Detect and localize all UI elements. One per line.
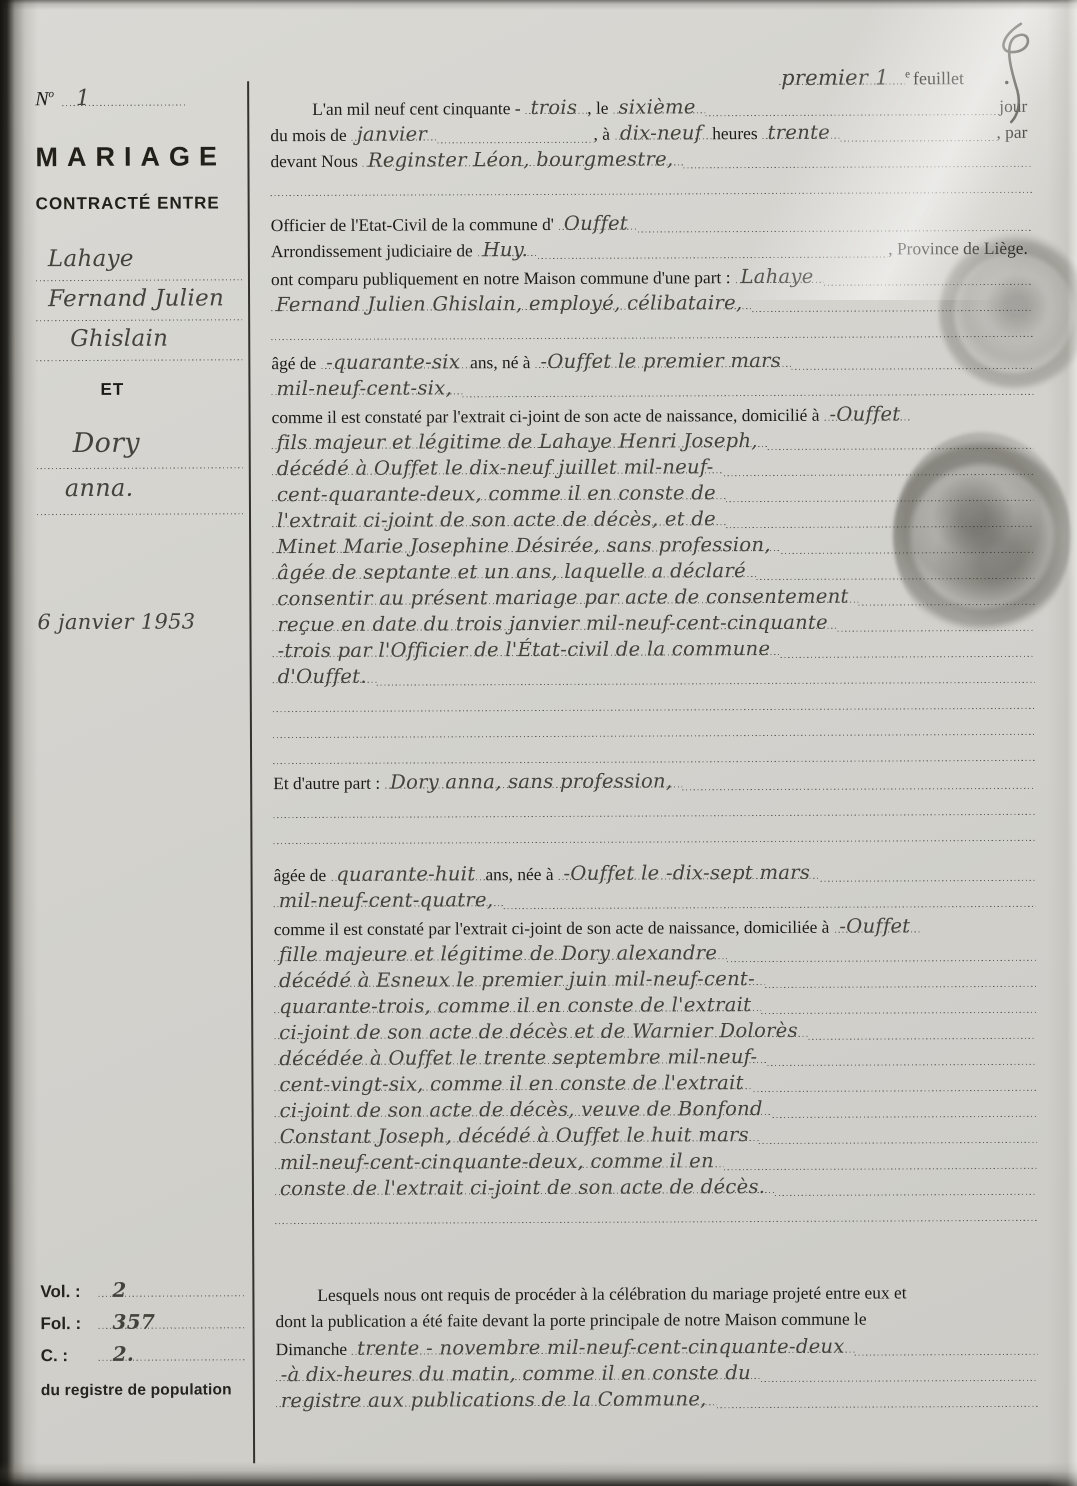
paragraph-groom-age: âgé de-quarante-sixans, né à-Ouffet le p… [271,348,1033,403]
form-line: âgé de-quarante-sixans, né à-Ouffet le p… [271,348,1033,377]
printed-text: ans, né à [470,352,535,373]
form-line [271,316,1033,345]
form-line [275,1200,1037,1229]
paragraph-bride-age: âgée dequarante-huitans, née à-Ouffet le… [274,860,1036,915]
dotted-leader [683,146,1032,174]
dotted-leader [273,794,1035,823]
form-line: décédée à Ouffet le trente septembre mil… [274,1044,1036,1073]
form-line: L'an mil neuf cent cinquante -trois, les… [270,94,1032,123]
scan-tilt-wrapper: premier 1 e feuillet . No 1 MARIAGE CONT… [0,0,1077,1486]
dotted-leader [717,1386,1038,1413]
sidebar: No 1 MARIAGE CONTRACTÉ ENTRE LahayeFerna… [35,81,247,1442]
form-line: -trois par l'Officier de l'État-civil de… [273,636,1035,665]
dotted-leader [727,940,1036,967]
handwritten-text: trente - novembre mil-neuf-cent-cinquant… [352,1335,855,1360]
printed-text: comme il est constaté par l'extrait ci-j… [272,405,825,428]
dotted-leader [824,264,1033,291]
handwritten-text: -trois par l'Officier de l'État-civil de… [273,637,781,662]
handwritten-text: mil-neuf-cent-cinquante-deux, comme il e… [275,1149,724,1174]
registry-label: C. : [41,1346,99,1366]
handwritten-text: âgée de septante et un ans, laquelle a d… [272,559,756,584]
dotted-leader [271,172,1033,201]
registry-value: 357 [98,1309,246,1334]
printed-text: comme il est constaté par l'extrait ci-j… [274,917,835,940]
form-line: l'extrait ci-joint de son acte de décès,… [272,506,1034,535]
form-line: Et d'autre part :Dory anna, sans profess… [273,768,1035,797]
form-line: cent-quarante-deux, comme il en conste d… [272,480,1034,509]
handwritten-text: Lahaye [735,265,823,288]
dotted-leader [638,210,1033,238]
printed-text: , Province de Liège. [888,238,1033,260]
form-line: comme il est constaté par l'extrait ci-j… [274,914,1036,943]
dotted-leader [437,122,594,149]
spouse-name-line: Lahaye [36,245,242,286]
dotted-leader [273,714,1035,743]
printed-text: Dimanche [276,1339,353,1360]
handwritten-text: -Ouffet le premier mars [535,349,791,373]
form-line: fils majeur et légitime de Lahaye Henri … [272,428,1034,457]
dotted-leader [761,1360,1038,1387]
margin-rule [247,81,255,1463]
printed-text: L'an mil neuf cent cinquante - [312,98,525,120]
registry-row: Vol. :2 [40,1277,246,1310]
dotted-leader [726,506,1034,533]
form-line: dont la publication a été faite devant l… [275,1308,1037,1337]
dotted-leader [780,636,1034,663]
handwritten-text: ci-joint de son acte de décès et de Warn… [274,1019,808,1044]
paragraph-comparution: ont comparu publiquement en notre Maison… [271,264,1033,345]
dotted-leader [377,662,1035,691]
feuillet-superscript: e [905,68,913,80]
form-line: Constant Joseph, décédé à Ouffet le huit… [275,1122,1037,1151]
handwritten-text: consentir au présent mariage par acte de… [272,585,858,611]
handwritten-text: cent-quarante-deux, comme il en conste d… [272,481,726,506]
printed-text: dont la publication a été faite devant l… [275,1309,871,1333]
paragraph-opening: L'an mil neuf cent cinquante -trois, les… [270,94,1032,201]
dotted-leader [754,1070,1037,1097]
dotted-leader [706,94,1000,121]
handwritten-text: Fernand Julien Ghislain, employé, céliba… [271,291,752,316]
dotted-leader [768,428,1034,455]
handwritten-text: -quarante-six [321,350,470,374]
printed-text: Lesquels nous ont requis de procéder à l… [317,1282,911,1306]
act-number: No 1 [35,85,241,111]
handwritten-text: conste de l'extrait ci-joint de son acte… [275,1175,775,1200]
paragraph-bride-intro: Et d'autre part :Dory anna, sans profess… [273,768,1035,849]
handwritten-text: -Ouffet [834,914,920,937]
handwritten-text: -Ouffet [824,402,910,425]
registry-row: C. :2. [41,1341,247,1374]
dotted-leader [761,992,1036,1019]
paragraph-bride-filiation: comme il est constaté par l'extrait ci-j… [274,914,1037,1229]
printed-text: Arrondissement judiciaire de [271,240,478,262]
dotted-leader [808,1018,1037,1045]
form-line: mil-neuf-cent-six, [271,374,1033,403]
registry-label: Fol. : [40,1314,98,1334]
dotted-leader [726,480,1034,507]
printed-text: , le [587,98,613,119]
act-body: L'an mil neuf cent cinquante -trois, les… [270,94,1038,1415]
form-line: cent-vingt-six, comme il en conste de l'… [274,1070,1036,1099]
conjunction-label: ET [36,379,242,400]
form-line: mil-neuf-cent-quatre, [274,886,1036,915]
handwritten-text: fils majeur et légitime de Lahaye Henri … [272,429,768,454]
dotted-leader [781,532,1034,559]
form-line: décédé à Ouffet le dix-neuf juillet mil-… [272,454,1034,483]
act-number-ordinal: o [48,88,62,100]
form-line: comme il est constaté par l'extrait ci-j… [272,402,1034,431]
form-line: ci-joint de son acte de décès, veuve de … [275,1096,1037,1125]
printed-text: , par [996,122,1032,143]
spouse1-name-block: LahayeFernand JulienGhislain [36,245,243,366]
registry-value: 2 [98,1277,246,1302]
feuillet-handwritten: premier 1 [779,65,905,90]
form-line: -à dix-heures du matin, comme il en cons… [276,1360,1038,1389]
dotted-leader [273,740,1035,769]
form-line [273,688,1035,717]
form-line: quarante-trois, comme il en conste de l'… [274,992,1036,1021]
form-line: consentir au présent mariage par acte de… [272,584,1034,613]
spouse-name-line: Fernand Julien [36,285,242,326]
handwritten-text: Constant Joseph, décédé à Ouffet le huit… [275,1123,759,1148]
printed-text: Et d'autre part : [273,773,385,794]
printed-text: âgé de [271,353,321,374]
dotted-leader [462,374,1033,402]
form-line: fille majeure et légitime de Dory alexan… [274,940,1036,969]
document-title: MARIAGE [35,141,241,173]
registry-label: Vol. : [40,1282,98,1302]
form-line: Lesquels nous ont requis de procéder à l… [275,1282,1037,1311]
handwritten-text: Dory anna, sans profession, [385,769,682,793]
handwritten-text: Reginster Léon, bourgmestre, [363,147,684,171]
form-line: ont comparu publiquement en notre Maison… [271,264,1033,293]
dotted-leader [765,966,1036,993]
handwritten-text: trois [526,96,588,119]
handwritten-text: registre aux publications de la Commune, [276,1387,717,1412]
feuillet-period: . [964,64,1010,90]
dotted-leader [820,860,1035,887]
registry-row: Fol. :357 [40,1309,246,1342]
handwritten-text: dix-neuf [615,121,712,144]
handwritten-text: reçue en date du trois janvier mil-neuf-… [272,611,838,636]
dotted-leader [273,688,1035,717]
handwritten-text: d'Ouffet. [273,665,377,688]
handwritten-text: quarante-trois, comme il en conste de l'… [274,993,761,1018]
paragraph-officiant: Officier de l'Etat-Civil de la commune d… [271,210,1033,265]
document-page: premier 1 e feuillet . No 1 MARIAGE CONT… [0,0,1077,1486]
handwritten-text: mil-neuf-cent-six, [271,376,462,400]
handwritten-text: -Ouffet le -dix-sept mars [558,861,820,885]
form-line: Fernand Julien Ghislain, employé, céliba… [271,290,1033,319]
form-line: Dimanchetrente - novembre mil-neuf-cent-… [276,1334,1038,1363]
document-subtitle: CONTRACTÉ ENTRE [36,193,242,214]
printed-text: âgée de [274,865,332,886]
feuillet-header: premier 1 e feuillet . [779,64,1009,91]
handwritten-text: cent-vingt-six, comme il en conste de l'… [274,1071,753,1096]
feuillet-word: feuillet [913,68,964,89]
dotted-leader [773,1096,1037,1123]
form-line: du mois dejanvier, àdix-neufheurestrente… [270,120,1032,149]
dotted-leader [838,610,1035,637]
handwritten-text: quarante-huit [331,862,485,886]
form-line: conste de l'extrait ci-joint de son acte… [275,1174,1037,1203]
dotted-leader [756,558,1034,585]
form-line: reçue en date du trois janvier mil-neuf-… [272,610,1034,639]
printed-text: ans, née à [485,864,558,885]
act-number-value: 1 [62,86,186,112]
registry-block: Vol. :2Fol. :357C. :2.du registre de pop… [40,1277,247,1400]
form-line: registre aux publications de la Commune, [276,1386,1038,1415]
handwritten-text: l'extrait ci-joint de son acte de décès,… [272,507,726,532]
dotted-leader [775,1174,1037,1201]
dotted-leader [538,236,888,264]
form-line: décédé à Esneux le premier juin mil-neuf… [274,966,1036,995]
dotted-leader [791,348,1033,375]
form-line: devant NousReginster Léon, bourgmestre, [270,146,1032,175]
handwritten-text: décédée à Ouffet le trente septembre mil… [274,1045,767,1070]
paragraph-groom-filiation: comme il est constaté par l'extrait ci-j… [272,402,1036,769]
printed-text: , à [593,124,615,145]
dotted-leader [855,1334,1038,1361]
printed-text: Officier de l'Etat-Civil de la commune d… [271,214,559,236]
spouse-name-line: anna. [37,473,243,520]
dotted-leader [273,820,1035,849]
handwritten-text: Ouffet [559,212,638,235]
spouse2-name-block: Doryanna. [37,427,243,520]
registry-footer: du registre de population [41,1381,247,1400]
handwritten-text: Minet Marie Josephine Désirée, sans prof… [272,533,781,558]
dotted-leader [271,316,1033,345]
handwritten-text: trente [763,121,841,144]
handwritten-text: décédé à Ouffet le dix-neuf juillet mil-… [272,455,724,480]
handwritten-text: Huy. [478,238,538,261]
act-number-label: N [35,88,48,111]
printed-text: du mois de [270,125,351,146]
paragraph-requisition: Lesquels nous ont requis de procéder à l… [275,1282,1038,1415]
handwritten-text: mil-neuf-cent-quatre, [274,888,504,912]
printed-text: ont comparu publiquement en notre Maison… [271,267,736,290]
form-line: Arrondissement judiciaire deHuy., Provin… [271,236,1033,265]
form-line: âgée dequarante-huitans, née à-Ouffet le… [274,860,1036,889]
margin-date: 6 janvier 1953 [37,609,243,634]
form-line: ci-joint de son acte de décès et de Warn… [274,1018,1036,1047]
printed-text: devant Nous [270,151,363,172]
dotted-leader [682,768,1035,796]
form-line [273,714,1035,743]
registry-value: 2. [99,1341,247,1366]
dotted-leader [724,1148,1037,1175]
form-line: Minet Marie Josephine Désirée, sans prof… [272,532,1034,561]
form-line [273,820,1035,849]
dotted-leader [503,886,1035,914]
form-line: mil-neuf-cent-cinquante-deux, comme il e… [275,1148,1037,1177]
dotted-leader [840,120,997,147]
dotted-leader [724,454,1034,481]
handwritten-text: décédé à Esneux le premier juin mil-neuf… [274,967,765,992]
printed-text: jour [999,96,1032,117]
dotted-leader [752,290,1033,317]
dotted-leader [759,1122,1037,1149]
dotted-leader [859,584,1035,611]
form-line: d'Ouffet. [273,662,1035,691]
form-line: Officier de l'Etat-Civil de la commune d… [271,210,1033,239]
spouse-name-line: Dory [37,427,243,474]
printed-text: heures [712,123,762,144]
handwritten-text: sixième [613,95,705,118]
spouse-name-line: Ghislain [36,325,242,366]
handwritten-text: fille majeure et légitime de Dory alexan… [274,941,727,966]
form-line: âgée de septante et un ans, laquelle a d… [272,558,1034,587]
dotted-leader [275,1200,1037,1229]
handwritten-text: -à dix-heures du matin, comme il en cons… [276,1361,761,1386]
form-line [273,794,1035,823]
dotted-leader [767,1044,1036,1071]
handwritten-text: janvier [352,122,438,145]
form-line [271,172,1033,201]
handwritten-text: ci-joint de son acte de décès, veuve de … [275,1097,773,1122]
form-line [273,740,1035,769]
